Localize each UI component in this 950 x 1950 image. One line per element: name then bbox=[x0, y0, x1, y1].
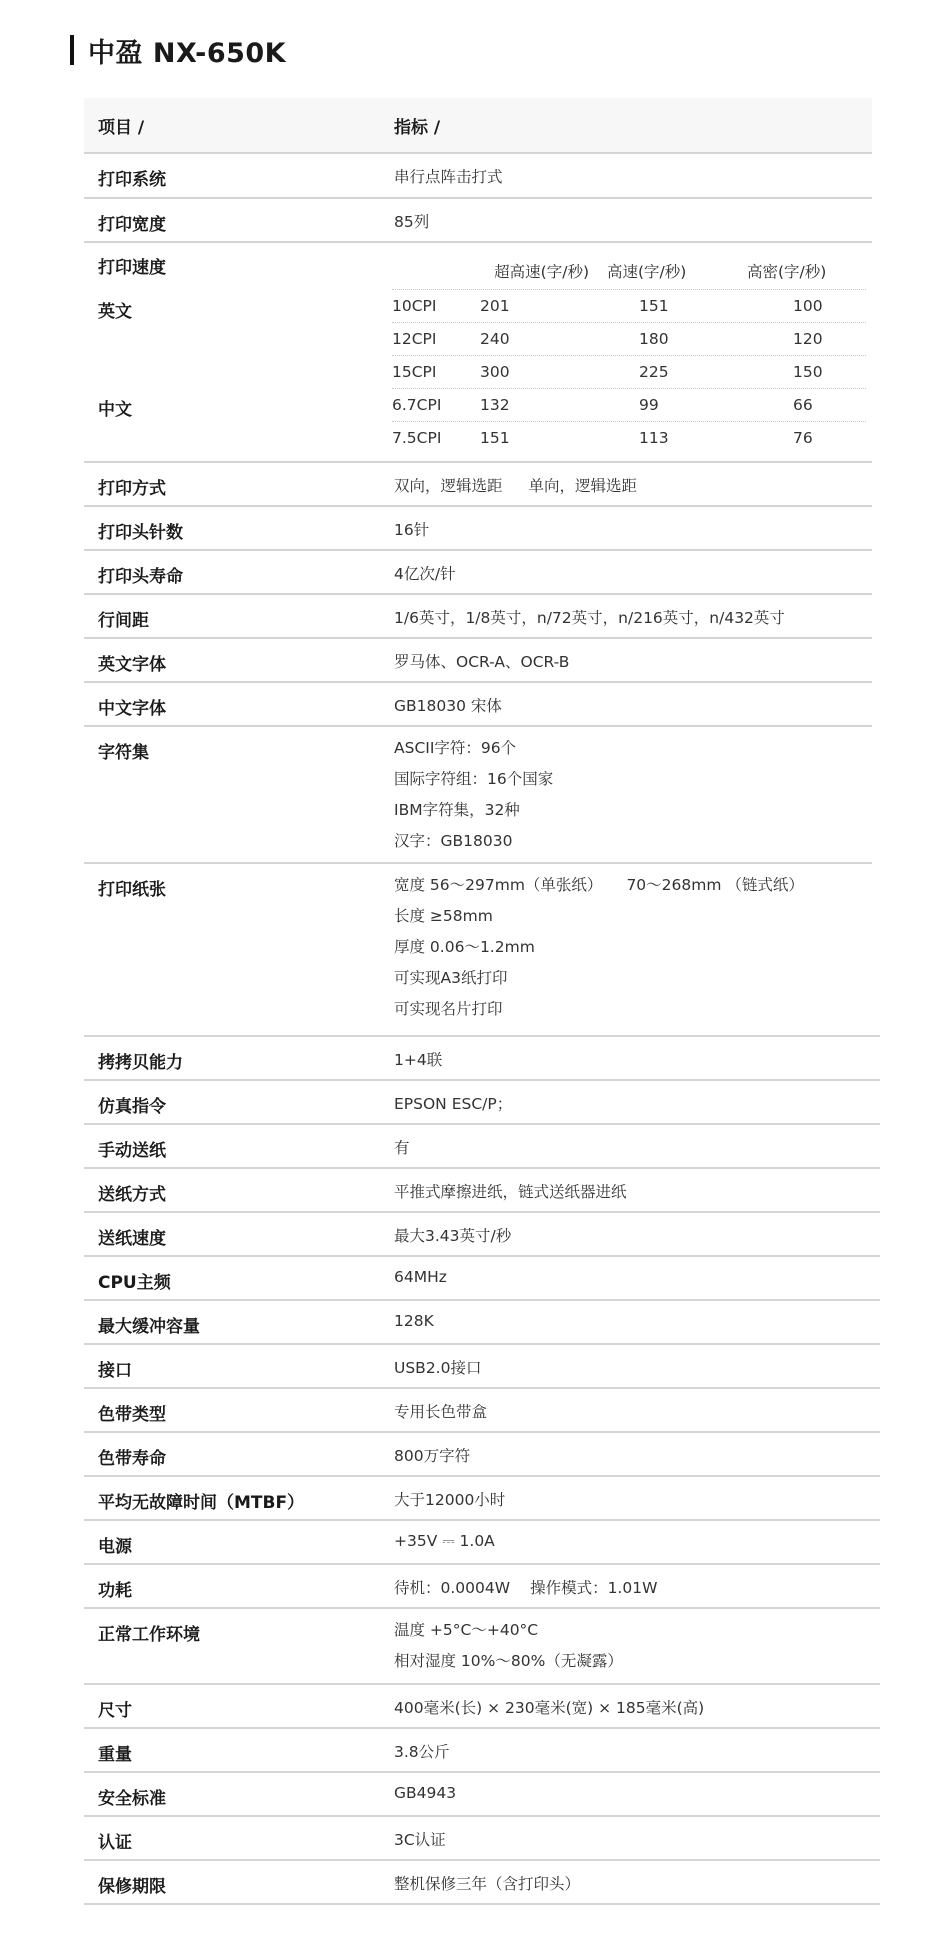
table-row: 送纸方式 平推式摩擦进纸，链式送纸器进纸 bbox=[84, 1169, 880, 1213]
table-row: CPU主频 64MHz bbox=[84, 1257, 880, 1301]
row-label: 正常工作环境 bbox=[84, 1609, 392, 1683]
row-label: 送纸速度 bbox=[84, 1213, 392, 1255]
row-value: 800万字符 bbox=[392, 1433, 880, 1475]
speed-subtable-row: 6.7CPI 132 99 66 bbox=[392, 389, 866, 422]
row-value: 85列 bbox=[392, 199, 872, 241]
table-header: 项目 / 指标 / bbox=[84, 98, 872, 154]
row-value: 有 bbox=[392, 1125, 880, 1167]
row-label: 仿真指令 bbox=[84, 1081, 392, 1123]
speed-group-chinese: 中文 bbox=[98, 395, 132, 420]
row-label: 字符集 bbox=[84, 727, 392, 862]
row-label: 电源 bbox=[84, 1521, 392, 1563]
table-row: 手动送纸 有 bbox=[84, 1125, 880, 1169]
row-value: 双向，逻辑选距单向，逻辑选距 bbox=[392, 463, 872, 505]
row-label: 拷拷贝能力 bbox=[84, 1037, 392, 1079]
row-label: 保修期限 bbox=[84, 1861, 392, 1903]
row-label: 色带类型 bbox=[84, 1389, 392, 1431]
row-value: 待机：0.0004W操作模式：1.01W bbox=[392, 1565, 880, 1607]
row-label: 安全标准 bbox=[84, 1773, 392, 1815]
row-value: 整机保修三年（含打印头） bbox=[392, 1861, 880, 1903]
speed-label: 打印速度 bbox=[98, 253, 166, 278]
row-value: 温度 +5°C～+40°C 相对湿度 10%～80%（无凝露） bbox=[392, 1609, 880, 1683]
row-value: EPSON ESC/P； bbox=[392, 1081, 880, 1123]
table-row: 保修期限 整机保修三年（含打印头） bbox=[84, 1861, 880, 1905]
table-row: 仿真指令 EPSON ESC/P； bbox=[84, 1081, 880, 1125]
table-row: 接口 USB2.0接口 bbox=[84, 1345, 880, 1389]
row-label: 打印头寿命 bbox=[84, 551, 392, 593]
table-row: 安全标准 GB4943 bbox=[84, 1773, 880, 1817]
row-label: CPU主频 bbox=[84, 1257, 392, 1299]
row-value: 4亿次/针 bbox=[392, 551, 872, 593]
row-label: 英文字体 bbox=[84, 639, 392, 681]
row-label: 平均无故障时间（MTBF） bbox=[84, 1477, 392, 1519]
row-value: 400毫米(长) × 230毫米(宽) × 185毫米(高) bbox=[392, 1685, 880, 1727]
speed-subtable: 超高速(字/秒) 高速(字/秒) 高密(字/秒) 10CPI 201 151 1… bbox=[392, 243, 872, 461]
row-value: 平推式摩擦进纸，链式送纸器进纸 bbox=[392, 1169, 880, 1211]
table-row: 认证 3C认证 bbox=[84, 1817, 880, 1861]
row-value: USB2.0接口 bbox=[392, 1345, 880, 1387]
row-label: 重量 bbox=[84, 1729, 392, 1771]
row-value: 大于12000小时 bbox=[392, 1477, 880, 1519]
row-label: 最大缓冲容量 bbox=[84, 1301, 392, 1343]
table-row: 英文字体 罗马体、OCR-A、OCR-B bbox=[84, 639, 872, 683]
row-value: GB18030 宋体 bbox=[392, 683, 872, 725]
row-value: GB4943 bbox=[392, 1773, 880, 1815]
table-row: 平均无故障时间（MTBF） 大于12000小时 bbox=[84, 1477, 880, 1521]
page-title: 中盈 NX-650K bbox=[70, 33, 286, 67]
row-value: 1+4联 bbox=[392, 1037, 880, 1079]
row-label: 色带寿命 bbox=[84, 1433, 392, 1475]
row-value: ASCII字符：96个 国际字符组：16个国家 IBM字符集，32种 汉字：GB… bbox=[392, 727, 872, 862]
row-label: 打印宽度 bbox=[84, 199, 392, 241]
table-row: 最大缓冲容量 128K bbox=[84, 1301, 880, 1345]
product-title: 中盈 NX-650K bbox=[88, 31, 286, 70]
table-row: 打印头针数 16针 bbox=[84, 507, 872, 551]
speed-subtable-row: 15CPI 300 225 150 bbox=[392, 356, 866, 389]
row-value: 64MHz bbox=[392, 1257, 880, 1299]
row-value: 3C认证 bbox=[392, 1817, 880, 1859]
row-value: 16针 bbox=[392, 507, 872, 549]
table-row: 打印方式 双向，逻辑选距单向，逻辑选距 bbox=[84, 463, 872, 507]
table-row: 打印头寿命 4亿次/针 bbox=[84, 551, 872, 595]
paper-row: 打印纸张 宽度 56～297mm（单张纸）70～268mm （链式纸） 长度 ≥… bbox=[84, 864, 880, 1037]
row-label: 行间距 bbox=[84, 595, 392, 637]
table-row: 打印宽度 85列 bbox=[84, 199, 872, 243]
row-label: 打印纸张 bbox=[84, 864, 392, 1035]
table-row: 重量 3.8公斤 bbox=[84, 1729, 880, 1773]
table-row: 行间距 1/6英寸，1/8英寸，n/72英寸，n/216英寸，n/432英寸 bbox=[84, 595, 872, 639]
row-label: 手动送纸 bbox=[84, 1125, 392, 1167]
header-spec: 指标 / bbox=[392, 113, 872, 138]
table-row: 送纸速度 最大3.43英寸/秒 bbox=[84, 1213, 880, 1257]
table-row: 功耗 待机：0.0004W操作模式：1.01W bbox=[84, 1565, 880, 1609]
table-row: 中文字体 GB18030 宋体 bbox=[84, 683, 872, 727]
charset-row: 字符集 ASCII字符：96个 国际字符组：16个国家 IBM字符集，32种 汉… bbox=[84, 727, 872, 864]
title-accent-bar bbox=[70, 35, 74, 65]
table-row: 色带类型 专用长色带盒 bbox=[84, 1389, 880, 1433]
row-label: 功耗 bbox=[84, 1565, 392, 1607]
speed-subtable-row: 12CPI 240 180 120 bbox=[392, 323, 866, 356]
speed-group-english: 英文 bbox=[98, 297, 132, 322]
row-value: 1/6英寸，1/8英寸，n/72英寸，n/216英寸，n/432英寸 bbox=[392, 595, 872, 637]
speed-subtable-row: 7.5CPI 151 113 76 bbox=[392, 422, 866, 454]
row-label: 打印系统 bbox=[84, 154, 392, 197]
table-row: 电源 +35V ⎓ 1.0A bbox=[84, 1521, 880, 1565]
row-value: 最大3.43英寸/秒 bbox=[392, 1213, 880, 1255]
table-row: 尺寸 400毫米(长) × 230毫米(宽) × 185毫米(高) bbox=[84, 1685, 880, 1729]
spec-table: 项目 / 指标 / 打印系统 串行点阵击打式 打印宽度 85列 打印速度 英文 … bbox=[84, 98, 880, 1905]
table-row: 打印系统 串行点阵击打式 bbox=[84, 154, 872, 199]
speed-subtable-row: 10CPI 201 151 100 bbox=[392, 290, 866, 323]
row-value: 串行点阵击打式 bbox=[392, 154, 872, 197]
row-value: 罗马体、OCR-A、OCR-B bbox=[392, 639, 872, 681]
row-value: 宽度 56～297mm（单张纸）70～268mm （链式纸） 长度 ≥58mm … bbox=[392, 864, 880, 1035]
speed-subtable-header: 超高速(字/秒) 高速(字/秒) 高密(字/秒) bbox=[392, 253, 866, 290]
header-item: 项目 / bbox=[84, 113, 392, 138]
environment-row: 正常工作环境 温度 +5°C～+40°C 相对湿度 10%～80%（无凝露） bbox=[84, 1609, 880, 1685]
row-value: 128K bbox=[392, 1301, 880, 1343]
row-label: 尺寸 bbox=[84, 1685, 392, 1727]
table-row: 拷拷贝能力 1+4联 bbox=[84, 1037, 880, 1081]
row-label: 认证 bbox=[84, 1817, 392, 1859]
row-label: 接口 bbox=[84, 1345, 392, 1387]
row-label: 送纸方式 bbox=[84, 1169, 392, 1211]
print-speed-row: 打印速度 英文 中文 超高速(字/秒) 高速(字/秒) 高密(字/秒) 10CP… bbox=[84, 243, 872, 463]
row-value: +35V ⎓ 1.0A bbox=[392, 1521, 880, 1563]
row-label: 打印头针数 bbox=[84, 507, 392, 549]
row-value: 专用长色带盒 bbox=[392, 1389, 880, 1431]
row-value: 3.8公斤 bbox=[392, 1729, 880, 1771]
row-label: 中文字体 bbox=[84, 683, 392, 725]
row-label: 打印方式 bbox=[84, 463, 392, 505]
table-row: 色带寿命 800万字符 bbox=[84, 1433, 880, 1477]
